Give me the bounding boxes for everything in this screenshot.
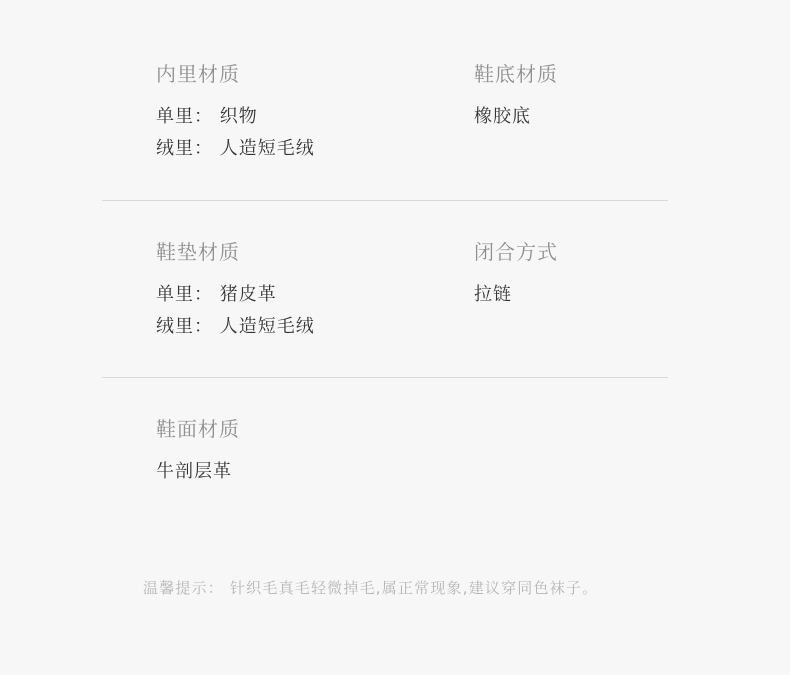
spec-group-insole-material: 鞋垫材质 单里： 猪皮革 绒里： 人造短毛绒 xyxy=(156,241,474,338)
spec-row: 绒里： 人造短毛绒 xyxy=(156,316,474,338)
spec-group-inner-lining: 内里材质 单里： 织物 绒里： 人造短毛绒 xyxy=(156,63,474,160)
spec-group-title: 鞋垫材质 xyxy=(156,241,474,263)
spec-group-title: 闭合方式 xyxy=(474,241,558,263)
spec-group-sole-material: 鞋底材质 橡胶底 xyxy=(474,63,558,160)
spec-group-title: 内里材质 xyxy=(156,63,474,85)
spec-section-insole-and-closure: 鞋垫材质 单里： 猪皮革 绒里： 人造短毛绒 闭合方式 拉链 xyxy=(156,241,558,338)
spec-row: 橡胶底 xyxy=(474,106,558,128)
spec-group-upper-material: 鞋面材质 牛剖层革 xyxy=(156,418,240,483)
spec-group-title: 鞋底材质 xyxy=(474,63,558,85)
spec-row: 绒里： 人造短毛绒 xyxy=(156,138,474,160)
footer-note: 温馨提示： 针织毛真毛轻微掉毛,属正常现象,建议穿同色袜子。 xyxy=(143,578,598,598)
spec-group-closure-type: 闭合方式 拉链 xyxy=(474,241,558,338)
spec-group-title: 鞋面材质 xyxy=(156,418,240,440)
spec-row: 单里： 猪皮革 xyxy=(156,284,474,306)
spec-section-upper-material: 鞋面材质 牛剖层革 xyxy=(156,418,240,483)
spec-section-lining-and-sole: 内里材质 单里： 织物 绒里： 人造短毛绒 鞋底材质 橡胶底 xyxy=(156,63,558,160)
spec-row: 牛剖层革 xyxy=(156,461,240,483)
section-divider xyxy=(102,200,668,201)
spec-row: 单里： 织物 xyxy=(156,106,474,128)
section-divider xyxy=(102,377,668,378)
product-spec-panel: 内里材质 单里： 织物 绒里： 人造短毛绒 鞋底材质 橡胶底 鞋垫材质 单里： … xyxy=(0,0,790,675)
spec-row: 拉链 xyxy=(474,284,558,306)
